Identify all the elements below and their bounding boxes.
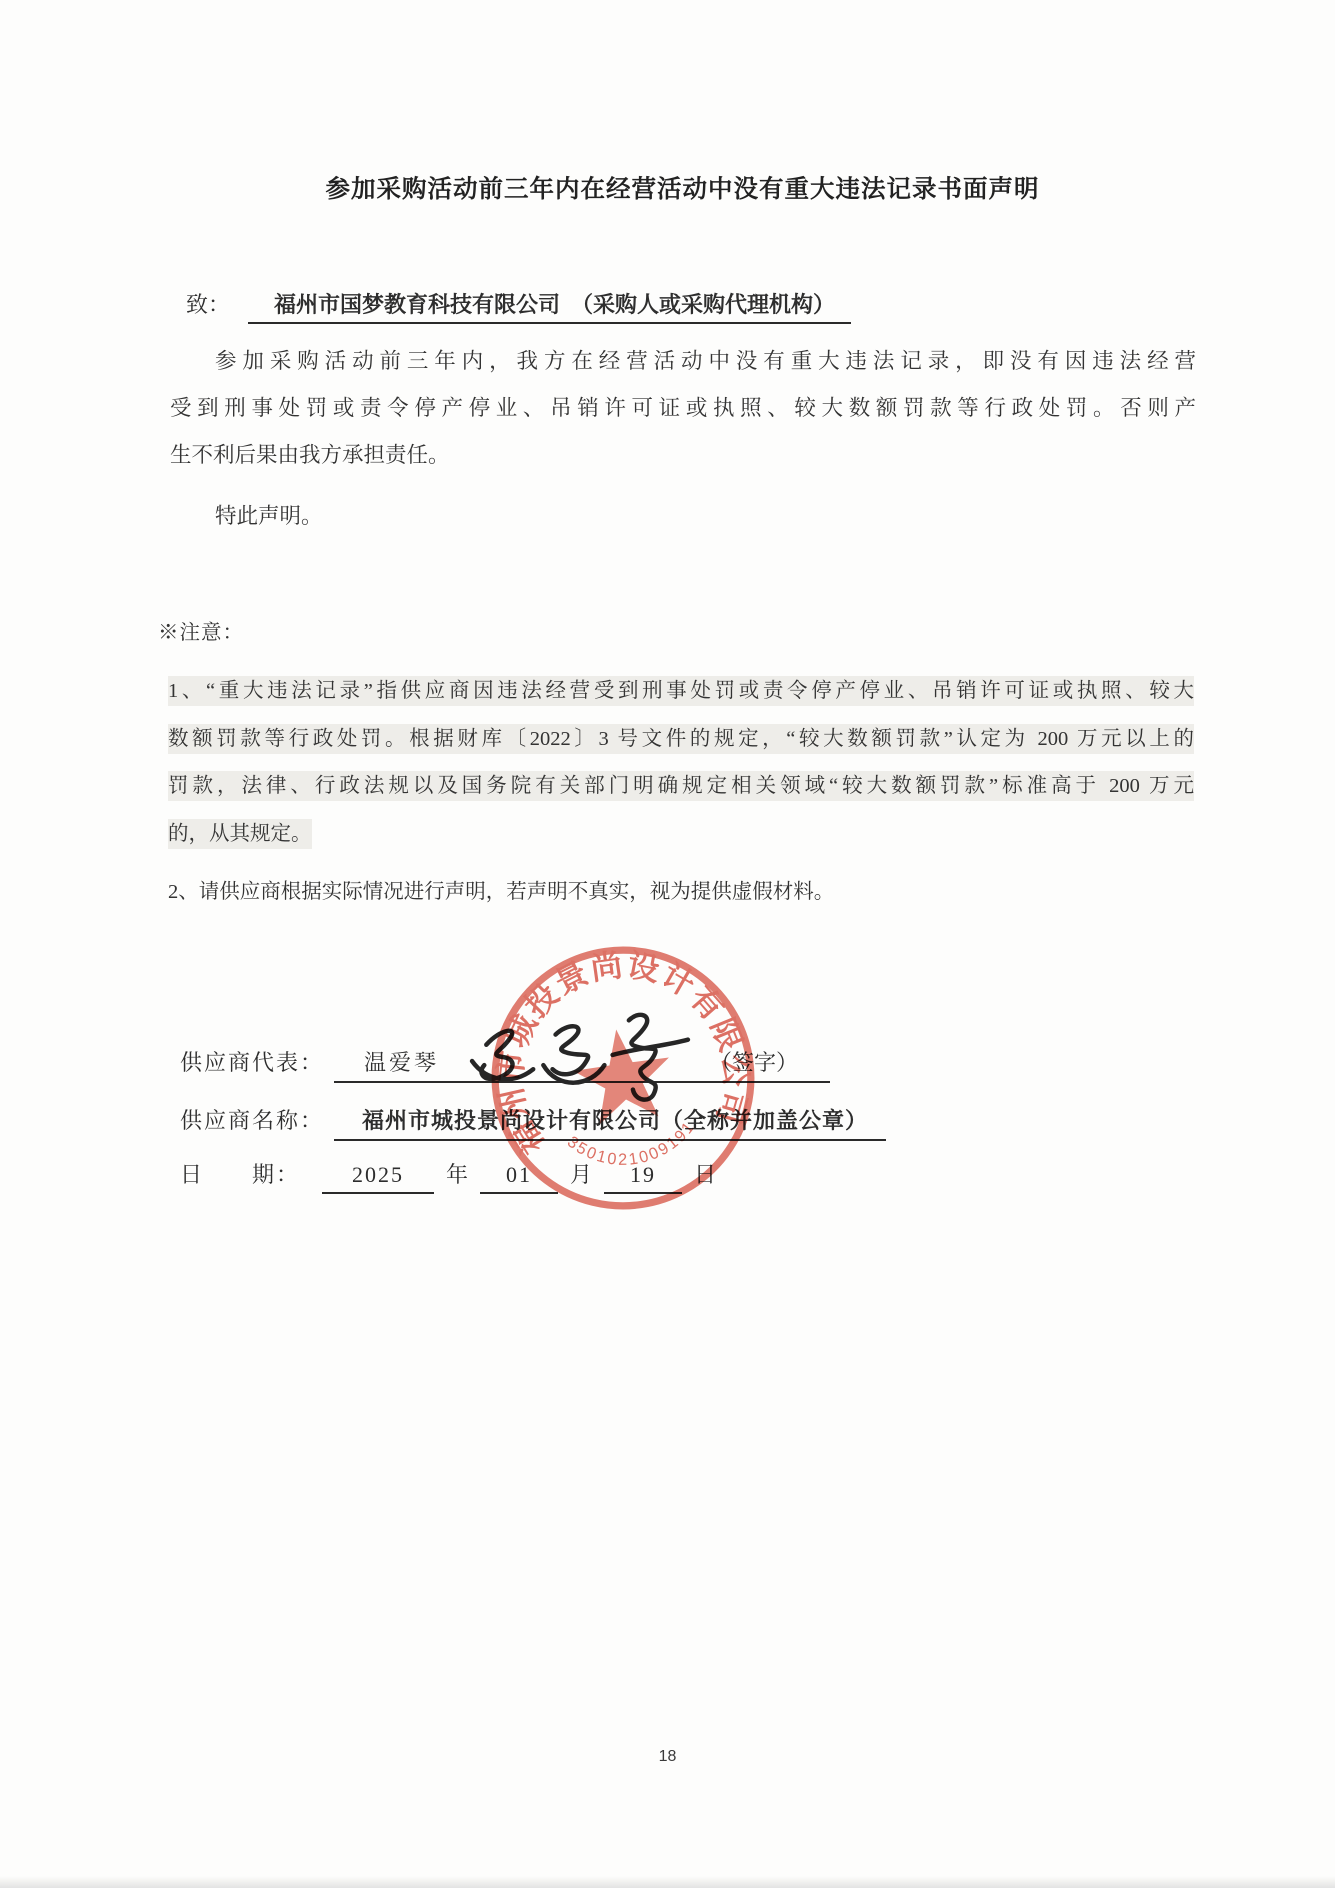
supplier-name-row: 供应商名称： 福州市城投景尚设计有限公司（全称并加盖公章） — [180, 1104, 1180, 1141]
note-1-line-1: 1、“重大违法记录”指供应商因违法经营受到刑事处罚或责令停产停业、吊销许可证或执… — [168, 668, 1194, 716]
document-title: 参加采购活动前三年内在经营活动中没有重大违法记录书面声明 — [170, 170, 1195, 205]
supplier-name-value: 福州市城投景尚设计有限公司（全称并加盖公章） — [334, 1104, 886, 1141]
year-unit: 年 — [446, 1158, 468, 1189]
sign-suffix: （签字） — [710, 1046, 798, 1077]
date-month: 01 — [480, 1162, 558, 1194]
addressee-line: 致： 福州市国梦教育科技有限公司 （采购人或采购代理机构） — [186, 288, 1196, 324]
scan-edge-shadow — [0, 1876, 1335, 1888]
addressee-value: 福州市国梦教育科技有限公司 （采购人或采购代理机构） — [248, 288, 851, 324]
page-number: 18 — [0, 1748, 1335, 1766]
note-1: 1、“重大违法记录”指供应商因违法经营受到刑事处罚或责令停产停业、吊销许可证或执… — [168, 668, 1194, 858]
paragraph-line-2: 受到刑事处罚或责令停产停业、吊销许可证或执照、较大数额罚款等行政处罚。否则产 — [170, 385, 1196, 432]
note-1-line-4: 的，从其规定。 — [168, 811, 1194, 859]
supplier-rep-row: 供应商代表： 温爱琴 （签字） — [180, 1046, 1180, 1083]
note-1-line-2: 数额罚款等行政处罚。根据财库〔2022〕3 号文件的规定，“较大数额罚款”认定为… — [168, 716, 1194, 764]
day-unit: 日 — [694, 1158, 716, 1189]
closing-statement: 特此声明。 — [170, 496, 1241, 536]
date-year: 2025 — [322, 1162, 434, 1194]
date-day: 19 — [604, 1162, 682, 1194]
body-paragraph: 参加采购活动前三年内，我方在经营活动中没有重大违法记录，即没有因违法经营 受到刑… — [170, 338, 1196, 479]
date-row: 日 期： 2025 年 01 月 19 日 — [180, 1158, 1180, 1194]
note-2: 2、请供应商根据实际情况进行声明，若声明不真实，视为提供虚假材料。 — [168, 872, 1194, 912]
notes-header: ※注意： — [158, 615, 244, 645]
note-1-line-3: 罚款，法律、行政法规以及国务院有关部门明确规定相关领域“较大数额罚款”标准高于 … — [168, 763, 1194, 811]
supplier-rep-underline: 温爱琴 （签字） — [334, 1046, 830, 1083]
supplier-rep-name: 温爱琴 — [364, 1046, 439, 1077]
addressee-label: 致： — [186, 288, 230, 319]
date-label: 日 期： — [180, 1158, 300, 1189]
paragraph-line-1: 参加采购活动前三年内，我方在经营活动中没有重大违法记录，即没有因违法经营 — [170, 338, 1196, 385]
paragraph-line-3: 生不利后果由我方承担责任。 — [170, 432, 1196, 479]
supplier-rep-label: 供应商代表： — [180, 1046, 324, 1077]
supplier-name-label: 供应商名称： — [180, 1104, 324, 1135]
document-page: 参加采购活动前三年内在经营活动中没有重大违法记录书面声明 致： 福州市国梦教育科… — [0, 0, 1335, 1888]
month-unit: 月 — [570, 1158, 592, 1189]
